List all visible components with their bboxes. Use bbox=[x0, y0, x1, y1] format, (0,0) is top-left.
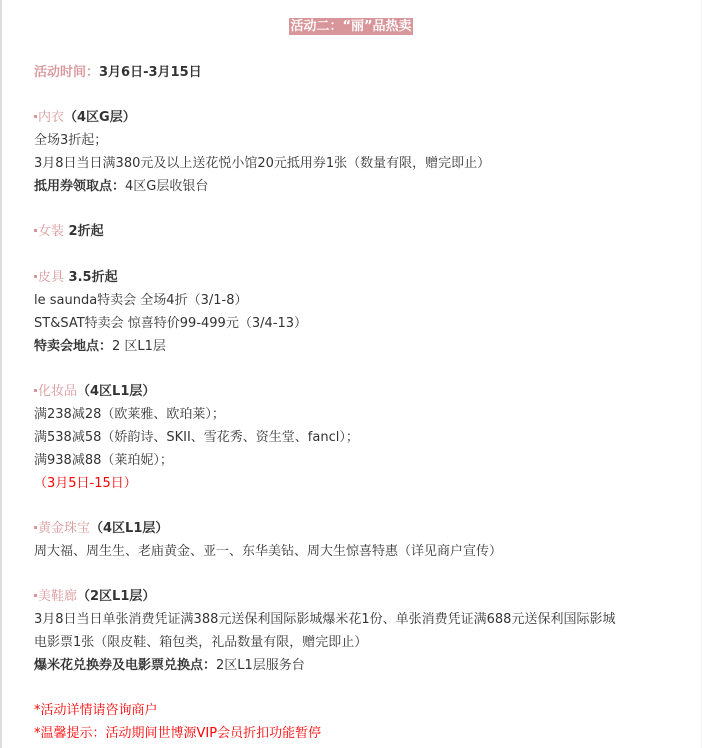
section-location: （4区L1层） bbox=[90, 521, 168, 536]
section-line: 电影票1张（限皮鞋、箱包类，礼品数量有限，赠完即止） bbox=[34, 633, 367, 653]
section-heading-shoes: 美鞋廊（2区L1层） bbox=[34, 587, 155, 607]
section-line: ST&SAT特卖会 惊喜特价99-499元（3/4-13） bbox=[34, 314, 307, 334]
section-discount: 2折起 bbox=[64, 224, 104, 239]
bullet-icon bbox=[34, 594, 37, 597]
section-name: 美鞋廊 bbox=[38, 589, 77, 604]
bullet-icon bbox=[34, 229, 37, 232]
pickup-label: 抵用券领取点： bbox=[34, 179, 125, 194]
section-line: 满238减28（欧莱雅、欧珀莱）； bbox=[34, 405, 225, 425]
section-line: 3月8日当日满380元及以上送花悦小馆20元抵用券1张（数量有限，赠完即止） bbox=[34, 154, 490, 174]
pickup-info: 抵用券领取点：4区G层收银台 bbox=[34, 177, 208, 197]
page-title: 活动二：“丽”品热卖 bbox=[289, 18, 412, 35]
section-heading-leather: 皮具 3.5折起 bbox=[34, 268, 118, 288]
footnote: *活动详情请咨询商户 bbox=[34, 701, 158, 721]
period-value: 3月6日-3月15日 bbox=[99, 65, 202, 80]
section-line: 全场3折起； bbox=[34, 131, 107, 151]
section-heading-cosmetics: 化妆品（4区L1层） bbox=[34, 382, 155, 402]
section-line: 3月8日当日单张消费凭证满388元送保利国际影城爆米花1份、单张消费凭证满688… bbox=[34, 610, 615, 630]
section-date-note: （3月5日-15日） bbox=[34, 474, 137, 494]
bullet-icon bbox=[34, 275, 37, 278]
section-location: （2区L1层） bbox=[77, 589, 155, 604]
bullet-icon bbox=[34, 389, 37, 392]
footnote: *温馨提示：活动期间世博源VIP会员折扣功能暂停 bbox=[34, 724, 321, 744]
period-label: 活动时间： bbox=[34, 65, 99, 80]
section-name: 女装 bbox=[38, 224, 64, 239]
pickup-info: 爆米花兑换券及电影票兑换点：2区L1层服务台 bbox=[34, 656, 305, 676]
section-heading-womenswear: 女装 2折起 bbox=[34, 222, 104, 242]
pickup-value: 2区L1层服务台 bbox=[216, 658, 305, 673]
section-line: le saunda特卖会 全场4折（3/1-8） bbox=[34, 291, 247, 311]
pickup-label: 特卖会地点： bbox=[34, 339, 112, 354]
bullet-icon bbox=[34, 526, 37, 529]
left-border bbox=[0, 0, 2, 748]
section-line: 满938减88（莱珀妮）； bbox=[34, 451, 173, 471]
pickup-value: 4区G层收银台 bbox=[125, 179, 208, 194]
section-line: 周大福、周生生、老庙黄金、亚一、东华美钻、周大生惊喜特惠（详见商户宣传） bbox=[34, 542, 502, 562]
section-line: 满538减58（娇韵诗、SKII、雪花秀、资生堂、fancl）； bbox=[34, 428, 359, 448]
title-row: 活动二：“丽”品热卖 bbox=[0, 18, 702, 35]
section-name: 皮具 bbox=[38, 270, 64, 285]
section-location: （4区G层） bbox=[64, 110, 136, 125]
section-location: （4区L1层） bbox=[77, 384, 155, 399]
pickup-label: 爆米花兑换券及电影票兑换点： bbox=[34, 658, 216, 673]
section-heading-lingerie: 内衣（4区G层） bbox=[34, 108, 136, 128]
section-heading-jewelry: 黄金珠宝（4区L1层） bbox=[34, 519, 168, 539]
activity-period: 活动时间：3月6日-3月15日 bbox=[34, 63, 202, 83]
section-name: 化妆品 bbox=[38, 384, 77, 399]
bullet-icon bbox=[34, 115, 37, 118]
section-discount: 3.5折起 bbox=[64, 270, 118, 285]
pickup-info: 特卖会地点：2 区L1层 bbox=[34, 337, 166, 357]
section-name: 内衣 bbox=[38, 110, 64, 125]
pickup-value: 2 区L1层 bbox=[112, 339, 166, 354]
section-name: 黄金珠宝 bbox=[38, 521, 90, 536]
